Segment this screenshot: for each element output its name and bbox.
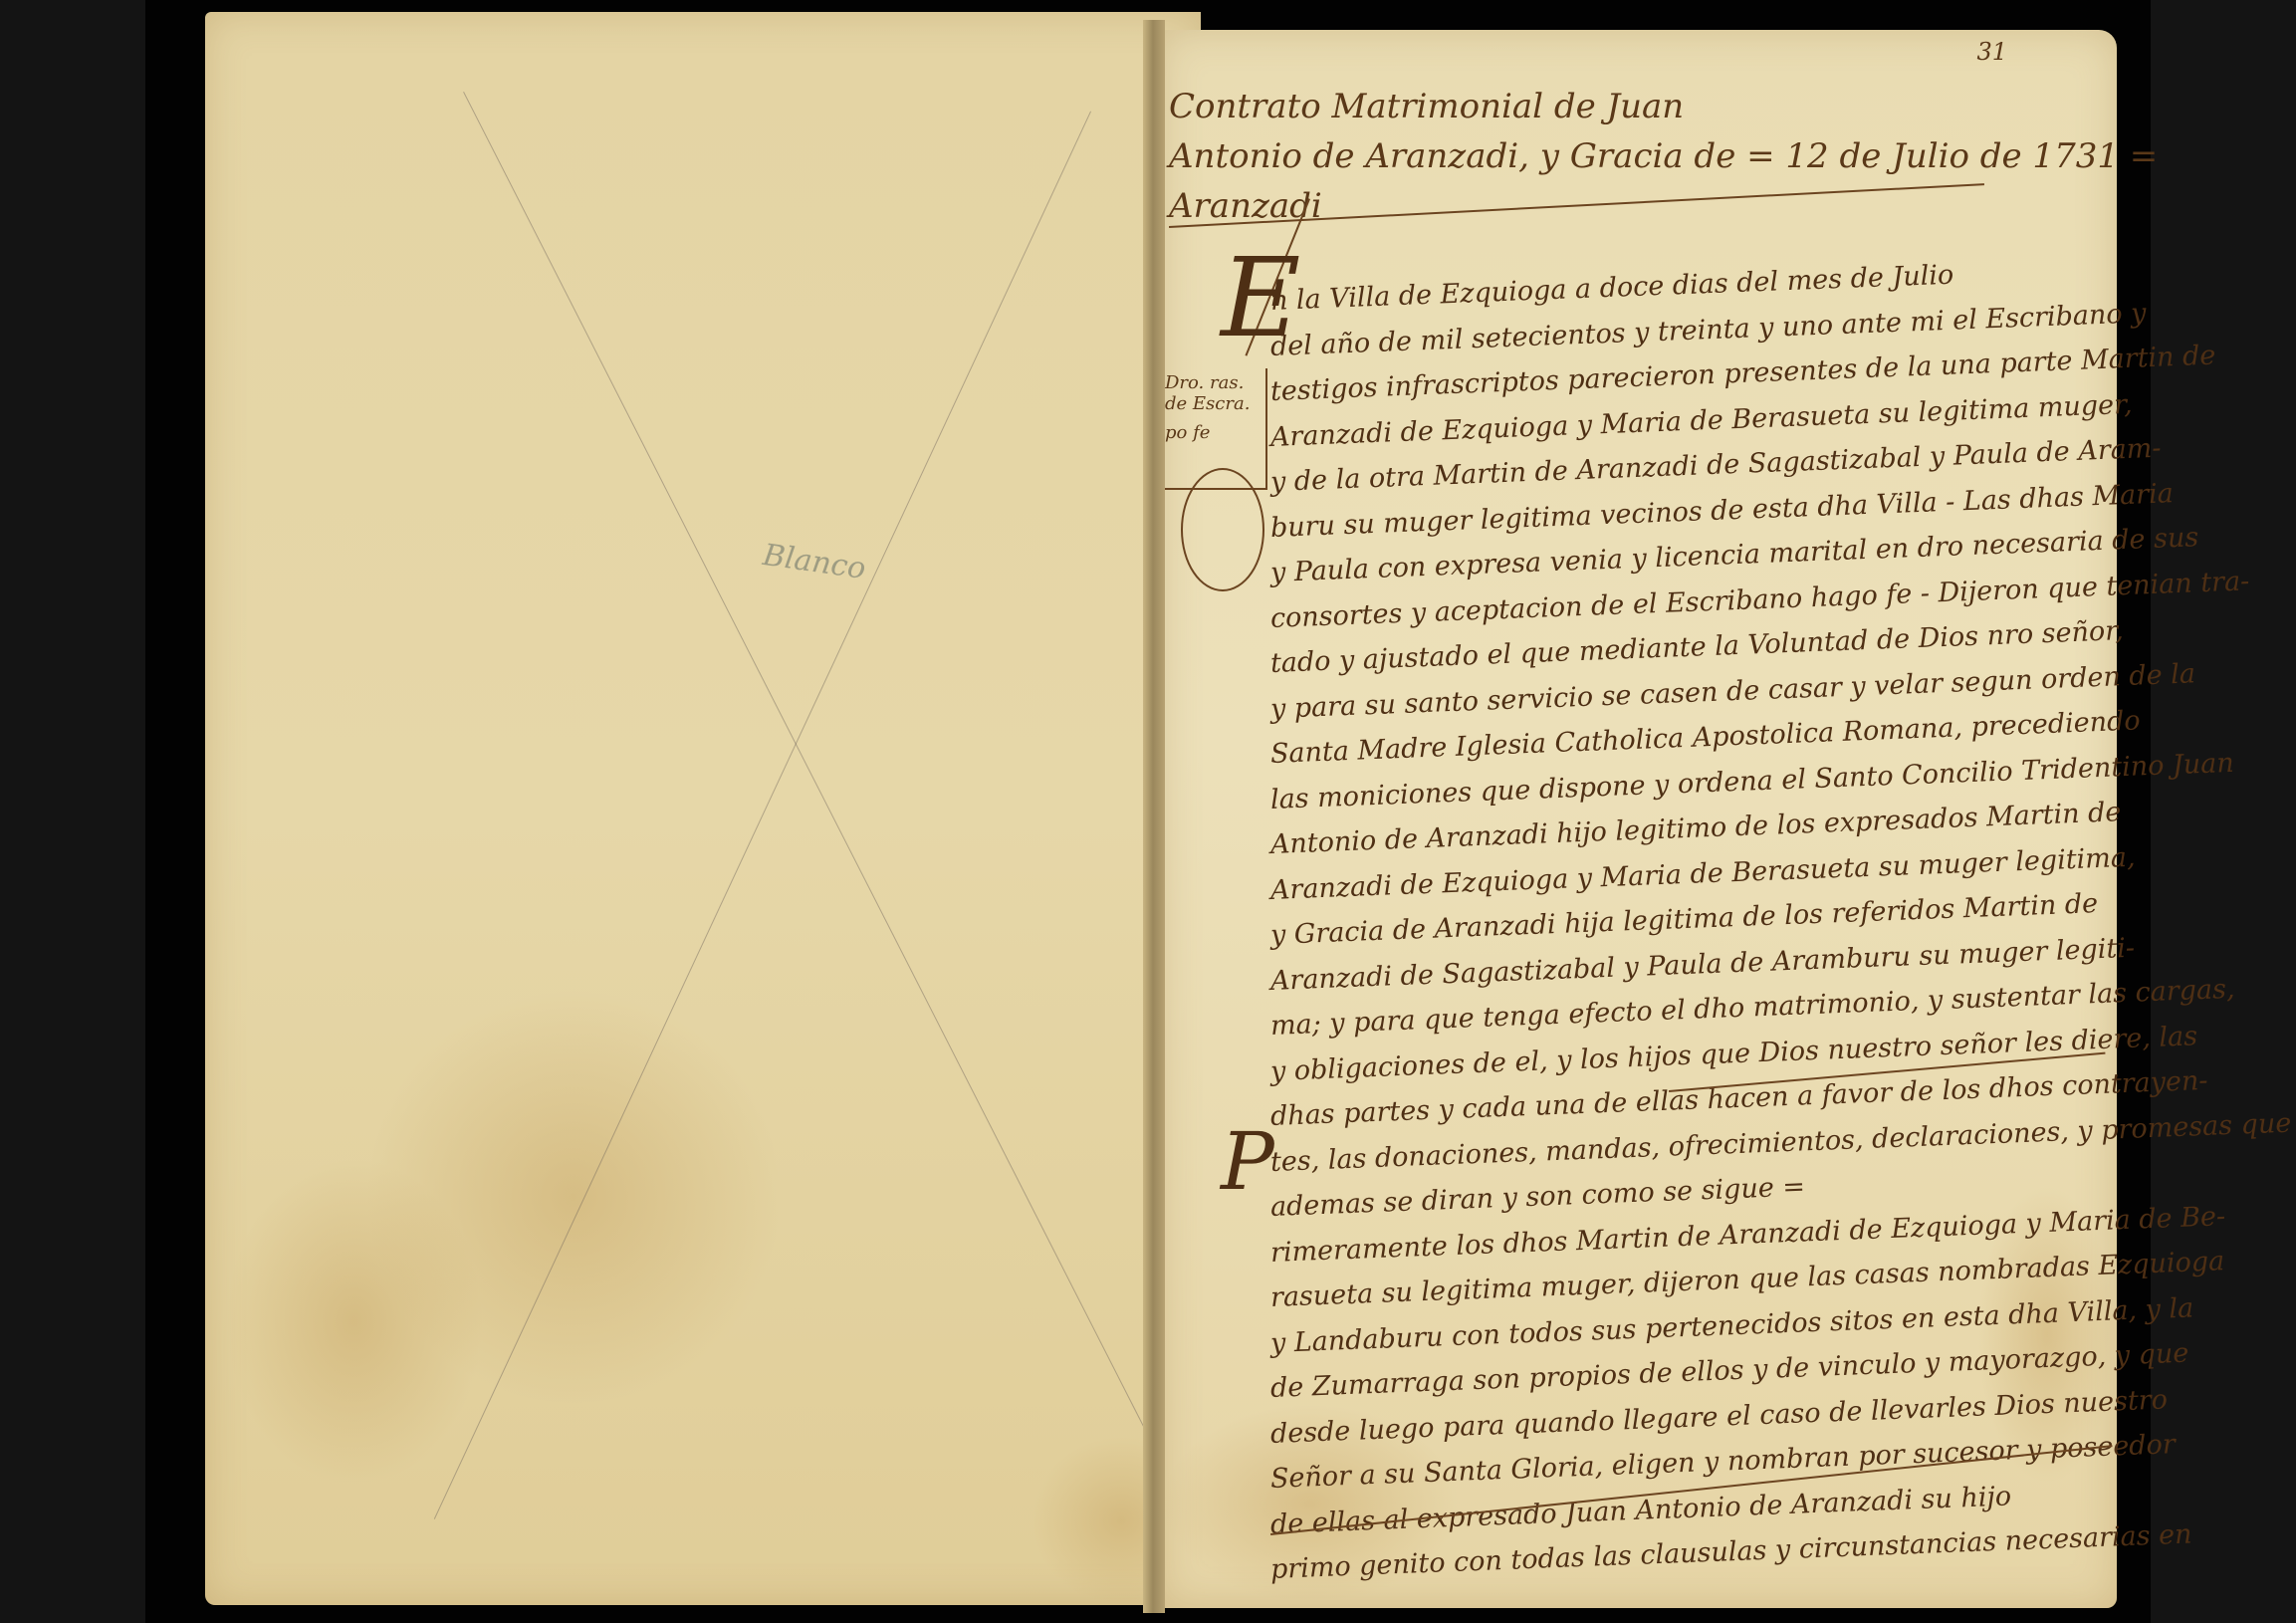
folio-number: 31: [1976, 38, 2007, 66]
scan-background: Blanco 31 Contrato Matrimonial de Juan A…: [145, 0, 2151, 1623]
heading-line: Antonio de Aranzadi, y Gracia de = 12 de…: [1169, 131, 2005, 181]
document-heading: Contrato Matrimonial de Juan Antonio de …: [1169, 82, 2005, 231]
book-gutter: [1143, 20, 1165, 1613]
heading-line: Contrato Matrimonial de Juan: [1169, 82, 2005, 131]
notary-flourish: [1181, 468, 1264, 591]
pencil-annotation: Blanco: [761, 538, 868, 586]
margin-note-line: Dro. ras. de Escra.: [1161, 368, 1265, 418]
manuscript-body: n la Villa de Ezquioga a doce dias del m…: [1270, 279, 2087, 1593]
left-page-blank: Blanco: [205, 12, 1201, 1605]
decorated-initial: P: [1221, 1115, 1274, 1208]
margin-note-line: po fe: [1161, 418, 1265, 447]
pencil-cross-line: [434, 112, 1091, 1519]
right-page-manuscript: 31 Contrato Matrimonial de Juan Antonio …: [1161, 30, 2117, 1608]
